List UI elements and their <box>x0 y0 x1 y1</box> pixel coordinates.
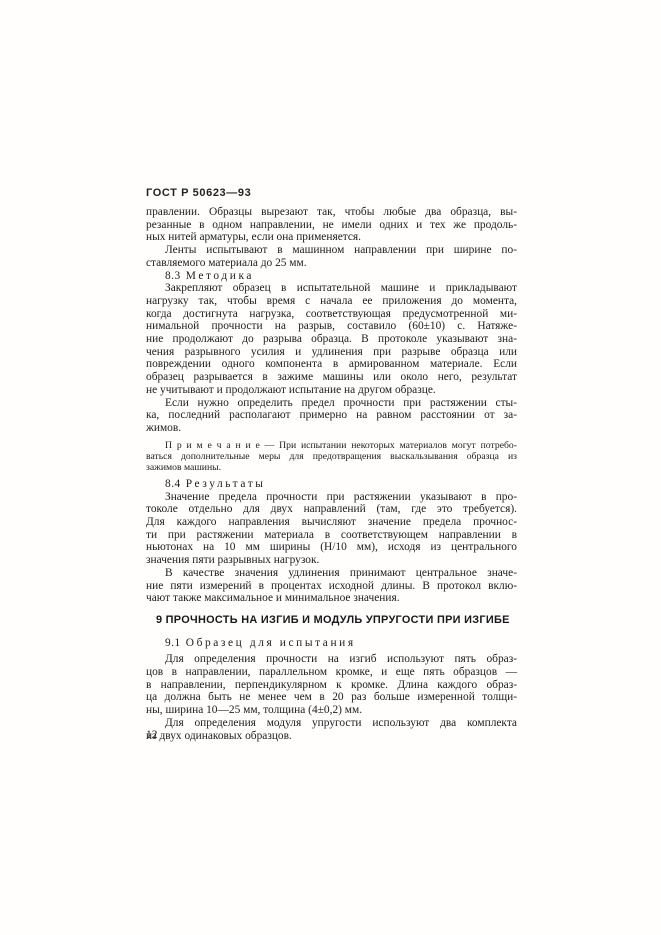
text-line: ка, последний располагают примерно на ра… <box>146 409 517 422</box>
text-line: образец разрывается в зажиме машины или … <box>146 371 517 384</box>
subsection-heading-8-4: 8.4Результаты <box>146 478 517 491</box>
paragraph: Закрепляют образец в испытательной машин… <box>146 282 517 396</box>
subsection-heading-9-1: 9.1Образец для испытания <box>146 637 517 650</box>
section-heading-9: 9 ПРОЧНОСТЬ НА ИЗГИБ И МОДУЛЬ УПРУГОСТИ … <box>146 614 517 627</box>
text-line: нагрузку так, чтобы время с начала ее пр… <box>146 295 517 308</box>
paragraph: Для определения прочности на изгиб испол… <box>146 653 517 717</box>
text-line: чают также максимальное и минимальное зн… <box>146 592 517 605</box>
text-line: из двух одинаковых образцов. <box>146 730 517 743</box>
text-line: Для каждого направления вычисляют значен… <box>146 516 517 529</box>
text-line: значения пяти разрывных нагрузок. <box>146 554 517 567</box>
gost-standard-number: ГОСТ Р 50623—93 <box>146 187 251 199</box>
subsection-number: 8.4 <box>165 478 181 490</box>
text-line: когда достигнута нагрузка, соответствующ… <box>146 308 517 321</box>
text-line: токоле отдельно для двух направлений (та… <box>146 503 517 516</box>
paragraph: Значение предела прочности при растяжени… <box>146 491 517 567</box>
subsection-title: Образец для испытания <box>186 637 356 649</box>
text-line: повреждении одного компонента в армирова… <box>146 358 517 371</box>
note-paragraph: П р и м е ч а н и е — При испытании неко… <box>146 440 517 474</box>
subsection-title: Методика <box>186 270 254 282</box>
paragraph: Ленты испытывают в машинном направлении … <box>146 244 517 269</box>
text-line: ца должна быть не менее чем в 20 раз бол… <box>146 691 517 704</box>
paragraph-continued-from-previous-page: правлении. Образцы вырезают так, чтобы л… <box>146 206 517 244</box>
text-line: ваться дополнительные меры для предотвра… <box>146 451 517 462</box>
text-line: резанные в одном направлении, не имели о… <box>146 219 517 232</box>
paragraph: Для определения модуля упругости использ… <box>146 717 517 742</box>
subsection-heading-8-3: 8.3Методика <box>146 270 517 283</box>
paragraph: Если нужно определить предел прочности п… <box>146 397 517 435</box>
page-number: 12 <box>146 729 157 741</box>
text-line: Для определения прочности на изгиб испол… <box>146 653 517 666</box>
text-line: ставляемого материала до 25 мм. <box>146 257 517 270</box>
text-line: зажимов машины. <box>146 462 517 473</box>
text-line: правлении. Образцы вырезают так, чтобы л… <box>146 206 517 219</box>
text-line: Ленты испытывают в машинном направлении … <box>146 244 517 257</box>
text-line: ньютонах на 10 мм ширины (Н/10 мм), исхо… <box>146 541 517 554</box>
document-body: правлении. Образцы вырезают так, чтобы л… <box>146 206 517 742</box>
document-page: ГОСТ Р 50623—93 правлении. Образцы вырез… <box>0 0 661 935</box>
text-line: П р и м е ч а н и е — При испытании неко… <box>146 440 517 451</box>
subsection-number: 9.1 <box>165 637 181 649</box>
text-line: нимальной прочности на разрыв, составило… <box>146 320 517 333</box>
subsection-number: 8.3 <box>165 270 181 282</box>
paragraph: В качестве значения удлинения принимают … <box>146 567 517 605</box>
text-line: Закрепляют образец в испытательной машин… <box>146 282 517 295</box>
text-line: жимов. <box>146 422 517 435</box>
text-line: не учитывают и продолжают испытание на д… <box>146 384 517 397</box>
text-line: ние пяти измерений в процентах исходной … <box>146 580 517 593</box>
text-line: ние продолжают до разрыва образца. В про… <box>146 333 517 346</box>
text-line: в направлении, перпендикулярном к кромке… <box>146 679 517 692</box>
text-line: цов в направлении, параллельном кромке, … <box>146 666 517 679</box>
text-line: Значение предела прочности при растяжени… <box>146 491 517 504</box>
subsection-title: Результаты <box>186 478 266 490</box>
text-line: ны, ширина 10—25 мм, толщина (4±0,2) мм. <box>146 704 517 717</box>
text-line: ных нитей арматуры, если она применяется… <box>146 231 517 244</box>
text-line: ти при растяжении материала в соответств… <box>146 529 517 542</box>
text-line: В качестве значения удлинения принимают … <box>146 567 517 580</box>
text-line: Для определения модуля упругости использ… <box>146 717 517 730</box>
text-line: чения разрывного усилия и удлинения при … <box>146 346 517 359</box>
text-line: Если нужно определить предел прочности п… <box>146 397 517 410</box>
